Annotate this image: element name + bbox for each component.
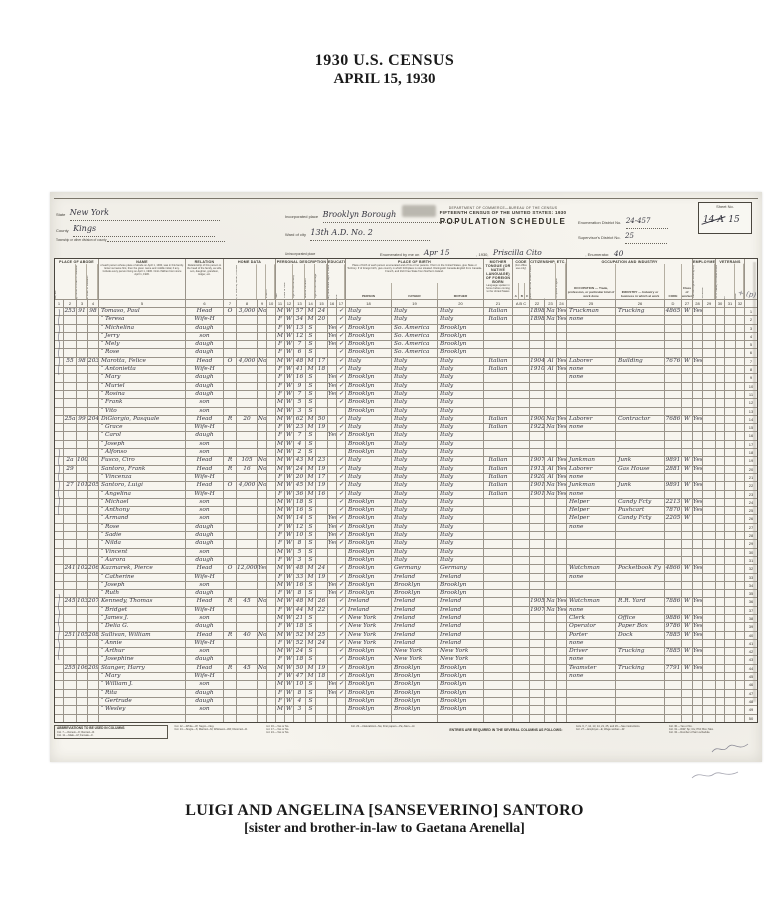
cell: F [276,574,284,581]
cell [682,715,692,722]
cell: F [276,474,284,481]
cell: ✓ [337,349,345,356]
cell [513,640,529,647]
cell: Head [186,565,223,572]
cell: daugh [186,349,223,356]
cell: 2 [294,449,305,456]
cell [328,366,336,373]
cell: Italy [392,399,437,406]
cell [693,532,702,539]
column-number: 14 [306,300,315,307]
cell [237,316,257,323]
cell: Yes [328,391,336,398]
cell: 19 [316,466,327,473]
cell: 1904 [530,358,544,365]
cell: 24 [316,565,327,572]
cell [328,499,336,506]
sheet-label: Sheet No. [699,204,751,209]
column-group-note: Place of birth of each person enumerated… [346,264,483,283]
cell [64,615,76,622]
cell: S [306,623,315,630]
cell [545,399,556,406]
cell: No [258,482,266,489]
cell [267,333,275,340]
cell: 1907 [530,607,544,614]
cell: 45 [237,665,257,672]
cell [64,706,76,713]
cell [703,341,715,348]
cell [703,482,715,489]
cell [55,673,63,680]
cell [530,665,544,672]
cell [725,325,735,332]
cell [703,432,715,439]
top-caption-date: APRIL 15, 1930 [0,71,769,88]
cell [665,706,681,713]
cell [513,524,529,531]
cell: S [306,374,315,381]
cell: No [258,308,266,315]
cell [682,449,692,456]
cell: Italy [438,549,483,556]
cell [224,374,236,381]
cell: Italy [438,515,483,522]
column-subheader: Year of immigration into the United Stat… [530,264,544,299]
column-subheader: Home owned or rented [224,264,236,299]
cell [693,341,702,348]
cell: daugh [186,698,223,705]
cell: Yes [693,308,702,315]
county-value: Kings [73,224,96,233]
cell [267,474,275,481]
cell: Italy [392,549,437,556]
name-cell: Santoro, Frank [99,466,185,473]
cell [337,408,345,415]
cell: So. America [392,325,437,332]
cell [224,524,236,531]
cell: Brooklyn [438,341,483,348]
cell [513,408,529,415]
cell [716,673,724,680]
cell: ✓ [337,648,345,655]
name-cell: ″ Muriel [99,383,185,390]
cell [88,316,98,323]
cell [682,582,692,589]
cell [337,449,345,456]
cell [64,374,76,381]
cell: Italy [392,515,437,522]
cell [267,565,275,572]
column-subheaders: Attended school or college any time sinc… [328,264,345,299]
cell [88,690,98,697]
cell [224,491,236,498]
cell [267,341,275,348]
cell [237,698,257,705]
cell [682,491,692,498]
cell [716,482,724,489]
column-number: 27 [682,300,692,307]
incorporated-label: Incorporated place [285,214,318,219]
cell: Yes [557,358,566,365]
cell [77,316,87,323]
cell [725,408,735,415]
cell: M [306,308,315,315]
cell: daugh [186,590,223,597]
cell [224,349,236,356]
cell [557,632,566,639]
cell [716,598,724,605]
cell: W [285,590,293,597]
cell: 24 [294,648,305,655]
cell: Yes [557,474,566,481]
cell [237,648,257,655]
cell [725,673,735,680]
cell [484,648,512,655]
cell [682,681,692,688]
cell [55,681,63,688]
cell: Brooklyn [346,499,391,506]
cell [725,391,735,398]
cell [77,615,87,622]
cell: Italy [346,424,391,431]
cell [567,690,615,697]
cell [484,582,512,589]
cell [337,698,345,705]
cell: W [285,540,293,547]
cell [716,665,724,672]
cell [267,665,275,672]
cell [224,706,236,713]
cell [484,507,512,514]
cell: S [306,432,315,439]
cell: W [285,482,293,489]
cell [237,656,257,663]
cell: S [306,656,315,663]
cell [513,316,529,323]
cell [616,574,664,581]
cell [258,349,266,356]
cell [703,607,715,614]
cell [267,574,275,581]
cell [736,416,744,423]
cell: W [285,681,293,688]
cell [716,540,724,547]
cell: 7 [294,341,305,348]
cell: W [285,565,293,572]
cell [682,333,692,340]
cell: S [306,532,315,539]
cell: Italy [438,358,483,365]
cell [682,532,692,539]
cell: M [306,416,315,423]
cell: 7676 [665,358,681,365]
cell: S [306,540,315,547]
cell [682,690,692,697]
cell: ✓ [337,632,345,639]
cell: 50 [294,665,305,672]
cell: ✓ [337,499,345,506]
cell: R [224,632,236,639]
cell [567,698,615,705]
cell: 245 [64,598,76,605]
cell: Italy [392,507,437,514]
column-group-header: NAMEof each person whose place of abode … [99,259,185,299]
cell [545,673,556,680]
cell: ✓ [337,482,345,489]
cell: R [224,598,236,605]
cell [530,325,544,332]
cell [88,549,98,556]
cell: S [306,399,315,406]
cell: ✓ [337,358,345,365]
cell [237,706,257,713]
cell [316,698,327,705]
sheet-value: 14 A [703,215,724,225]
cell [258,590,266,597]
cell: Yes [693,598,702,605]
cell [703,690,715,697]
cell [716,383,724,390]
cell [545,698,556,705]
cell: Brooklyn [392,582,437,589]
cell: M [276,681,284,688]
scan-edge-streak [753,262,756,702]
cell: Italy [438,466,483,473]
cell [64,648,76,655]
cell: none [567,640,615,647]
cell: M [306,665,315,672]
cell: 14 [294,515,305,522]
cell [545,623,556,630]
cell [224,698,236,705]
cell: 23 [316,457,327,464]
cell [513,499,529,506]
cell [545,582,556,589]
cell [88,681,98,688]
cell [224,590,236,597]
cell [77,582,87,589]
cell: W [682,632,692,639]
cell [513,374,529,381]
column-group-label: MOTHER TONGUE (OR NATIVE LANGUAGE) OF FO… [484,259,512,284]
cell: W [682,598,692,605]
column-number: 23 [545,300,556,307]
cell [258,491,266,498]
cell [77,706,87,713]
cell [557,665,566,672]
cell: New York [346,623,391,630]
cell: O [224,358,236,365]
cell [703,474,715,481]
cell [224,499,236,506]
cell: son [186,515,223,522]
cell: 18 [316,673,327,680]
cell: S [306,590,315,597]
cell [725,366,735,373]
cell [258,499,266,506]
cell [567,341,615,348]
cell [316,656,327,663]
cell [88,341,98,348]
cell [682,607,692,614]
cell [703,374,715,381]
name-cell: ″ Armand [99,515,185,522]
cell [64,449,76,456]
cell: 8 [294,690,305,697]
cell [224,549,236,556]
cell: M [276,598,284,605]
cell: 16 [294,374,305,381]
cell: Brooklyn [392,673,437,680]
cell [64,515,76,522]
cell: Junkman [567,482,615,489]
cell: F [276,325,284,332]
cell [665,491,681,498]
cell [55,549,63,556]
cell: daugh [186,557,223,564]
cell: Brooklyn [346,325,391,332]
cell [693,549,702,556]
cell: W [285,632,293,639]
column-subheader: Whether able to read and write [336,264,345,299]
cell: 1922 [530,424,544,431]
cell [716,524,724,531]
cell [693,524,702,531]
name-cell: ″ Anthony [99,507,185,514]
cell [224,681,236,688]
cell [530,540,544,547]
cell: 208 [88,632,98,639]
cell: none [567,524,615,531]
cell [64,524,76,531]
census-grid: PLACE OF ABODEStreet, avenue, road, etc.… [54,258,758,723]
cell [88,474,98,481]
cell: ✓ [337,374,345,381]
cell: Brooklyn [438,325,483,332]
cell [682,540,692,547]
ward-label: Ward of city [285,232,306,237]
cell: Italy [438,557,483,564]
cell: 2213 [665,499,681,506]
cell [55,582,63,589]
cell [557,582,566,589]
cell [736,640,744,647]
cell: F [276,491,284,498]
cell [64,499,76,506]
cell: Brooklyn [346,507,391,514]
cell: Trucking [616,648,664,655]
name-cell: ″ Vincent [99,549,185,556]
cell [513,590,529,597]
cell [237,690,257,697]
cell [557,656,566,663]
cell [267,499,275,506]
sup-district-value: 25 [625,232,634,240]
cell [484,715,512,722]
cell [316,681,327,688]
cell: 105 [237,457,257,464]
cell: Italy [346,457,391,464]
cell [267,524,275,531]
cell [328,640,336,647]
cell [682,441,692,448]
cell [328,449,336,456]
cell: none [567,656,615,663]
cell [77,540,87,547]
cell: F [276,316,284,323]
cell [77,623,87,630]
cell: 16 [237,466,257,473]
cell [703,308,715,315]
cell [567,706,615,713]
cell [693,349,702,356]
cell: Wife-H [186,474,223,481]
cell [328,565,336,572]
column-group-note: Language spoken in home before coming to… [484,284,512,299]
cell: ✓ [337,515,345,522]
cell [725,449,735,456]
cell [665,690,681,697]
column-number: 5 [99,300,185,307]
cell [716,457,724,464]
cell [237,333,257,340]
cell [237,715,257,722]
cell: Italy [438,416,483,423]
cell: 29 [64,466,76,473]
cell: 26 [316,598,327,605]
cell [484,623,512,630]
cell: Ireland [346,598,391,605]
cell: 20 [294,474,305,481]
cell: ✓ [337,325,345,332]
cell [77,366,87,373]
column-subheader: If not, line number on Unemployment Sche… [702,264,715,299]
cell [557,408,566,415]
cell: Helper [567,507,615,514]
cell [267,408,275,415]
cell [567,441,615,448]
cell [530,391,544,398]
column-subheaders: PERSONFATHERMOTHER [346,283,483,300]
cell: 7791 [665,665,681,672]
cell [736,308,744,315]
cell [267,698,275,705]
cell [513,715,529,722]
cell: Italy [438,507,483,514]
cell [267,532,275,539]
cell [88,432,98,439]
name-cell: ″ Wesley [99,706,185,713]
cell: Head [186,632,223,639]
cell: Italy [438,316,483,323]
cell: 4,000 [237,358,257,365]
cell: Ireland [438,623,483,630]
cell: Italy [346,358,391,365]
cell [530,574,544,581]
cell: Trucking [616,665,664,672]
cell [484,549,512,556]
cell: M [306,673,315,680]
cell [736,316,744,323]
cell [682,408,692,415]
cell [736,482,744,489]
cell [682,698,692,705]
cell [693,374,702,381]
cell [513,416,529,423]
cell: daugh [186,623,223,630]
cell [513,366,529,373]
cell [682,391,692,398]
